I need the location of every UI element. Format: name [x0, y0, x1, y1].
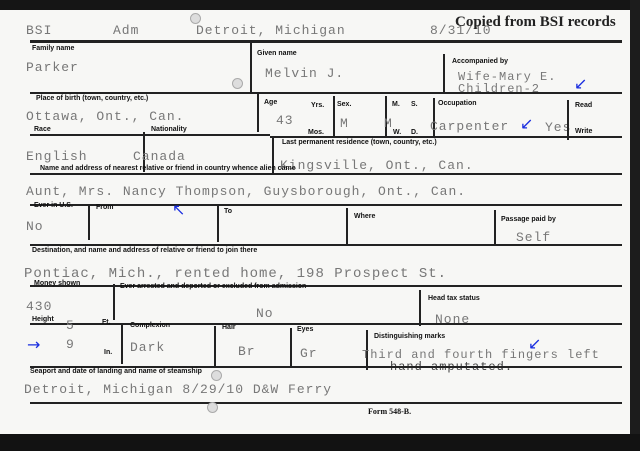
ever-arrested-label: Ever arrested and deported or excluded f…	[120, 283, 306, 290]
divider	[333, 96, 335, 136]
office-code: BSI	[26, 23, 52, 38]
height-ft-label: Ft.	[102, 319, 111, 326]
money-shown-value: 430	[26, 299, 52, 314]
marital-m-label: M.	[392, 101, 400, 108]
distinguishing-marks-label: Distinguishing marks	[374, 333, 445, 340]
seaport-value: Detroit, Michigan 8/29/10 D&W Ferry	[24, 382, 332, 397]
divider	[121, 324, 123, 364]
divider	[30, 92, 622, 94]
ever-in-us-value: No	[26, 219, 44, 234]
divider	[30, 173, 622, 175]
divider	[88, 204, 90, 240]
divider	[30, 285, 622, 287]
ever-arrested-value: No	[256, 306, 274, 321]
sex-label: Sex.	[337, 101, 351, 108]
passage-paid-label: Passage paid by	[501, 216, 556, 223]
divider	[443, 54, 445, 94]
complexion-label: Complexion	[130, 322, 170, 329]
divider	[270, 136, 622, 138]
port-of-entry: Detroit, Michigan	[196, 23, 346, 38]
scan-speck	[211, 370, 222, 381]
place-of-birth-label: Place of birth (town, country, etc.)	[36, 95, 148, 102]
race-label: Race	[34, 126, 51, 133]
where-label: Where	[354, 213, 375, 220]
form-number: Form 548-B.	[368, 407, 411, 416]
destination-label: Destination, and name and address of rel…	[32, 247, 257, 254]
divider	[30, 204, 622, 206]
nearest-relative-label: Name and address of nearest relative or …	[40, 165, 296, 172]
scan-speck	[232, 78, 243, 89]
divider	[113, 284, 115, 320]
nationality-label: Nationality	[151, 126, 187, 133]
last-residence-label: Last permanent residence (town, country,…	[282, 139, 437, 146]
marital-s-label: S.	[411, 101, 418, 108]
hair-value: Br	[238, 344, 256, 359]
divider	[250, 40, 252, 92]
height-in-label: In.	[104, 349, 112, 356]
destination-value: Pontiac, Mich., rented home, 198 Prospec…	[24, 266, 447, 282]
sex-value: M	[340, 116, 349, 131]
ever-in-us-label: Ever in U.S.	[34, 202, 73, 209]
head-tax-label: Head tax status	[428, 295, 480, 302]
annotation-arrow-icon: ↙	[520, 116, 533, 132]
marital-w-label: W.	[393, 129, 401, 136]
divider	[217, 206, 219, 242]
divider	[30, 134, 270, 136]
eyes-label: Eyes	[297, 326, 313, 333]
divider	[290, 328, 292, 368]
occupation-value: Carpenter	[430, 119, 509, 134]
complexion-value: Dark	[130, 340, 165, 355]
divider	[30, 40, 622, 43]
divider	[30, 244, 622, 246]
height-label: Height	[32, 316, 54, 323]
annotation-arrow-icon: →	[27, 337, 40, 353]
family-name-label: Family name	[32, 45, 74, 52]
divider	[30, 323, 622, 325]
divider	[257, 94, 259, 132]
divider	[346, 208, 348, 244]
from-label: From	[96, 204, 114, 211]
divider	[214, 326, 216, 366]
divider	[494, 210, 496, 246]
divider	[419, 290, 421, 326]
annotation-arrow-icon: ↖	[172, 202, 185, 218]
last-residence-value: Kingsville, Ont., Can.	[280, 158, 474, 173]
eyes-value: Gr	[300, 346, 318, 361]
hair-label: Hair	[222, 324, 236, 331]
age-value: 43	[276, 113, 294, 128]
divider	[567, 100, 569, 140]
given-name-label: Given name	[257, 50, 297, 57]
write-label: Write	[575, 128, 592, 135]
immigration-card: BSI Adm Detroit, Michigan 8/31/10 Copied…	[0, 10, 632, 436]
passage-paid-value: Self	[516, 230, 551, 245]
seaport-label: Seaport and date of landing and name of …	[30, 368, 202, 375]
place-of-birth-value: Ottawa, Ont., Can.	[26, 109, 184, 124]
nationality-value: Canada	[133, 149, 186, 164]
scan-right-border	[630, 0, 640, 451]
family-name-value: Parker	[26, 60, 79, 75]
nearest-relative-value: Aunt, Mrs. Nancy Thompson, Guysborough, …	[26, 184, 466, 199]
marital-value: M	[384, 116, 393, 131]
read-label: Read	[575, 102, 592, 109]
copied-stamp: Copied from BSI records	[455, 14, 616, 31]
scan-bottom-border	[0, 434, 640, 451]
divider	[30, 402, 622, 404]
height-feet-value: 5	[66, 318, 75, 333]
age-mos-label: Mos.	[308, 129, 324, 136]
race-value: English	[26, 149, 88, 164]
occupation-label: Occupation	[438, 100, 477, 107]
accompanied-by-label: Accompanied by	[452, 58, 508, 65]
age-label: Age	[264, 99, 277, 106]
scan-speck	[207, 402, 218, 413]
money-shown-label: Money shown	[34, 280, 80, 287]
to-label: To	[224, 208, 232, 215]
age-yrs-label: Yrs.	[311, 102, 324, 109]
admission-class: Adm	[113, 23, 139, 38]
marital-d-label: D.	[411, 129, 418, 136]
scan-speck	[190, 13, 201, 24]
annotation-arrow-icon: ↙	[574, 76, 587, 92]
given-name-value: Melvin J.	[265, 66, 344, 81]
height-inches-value: 9	[66, 337, 75, 352]
